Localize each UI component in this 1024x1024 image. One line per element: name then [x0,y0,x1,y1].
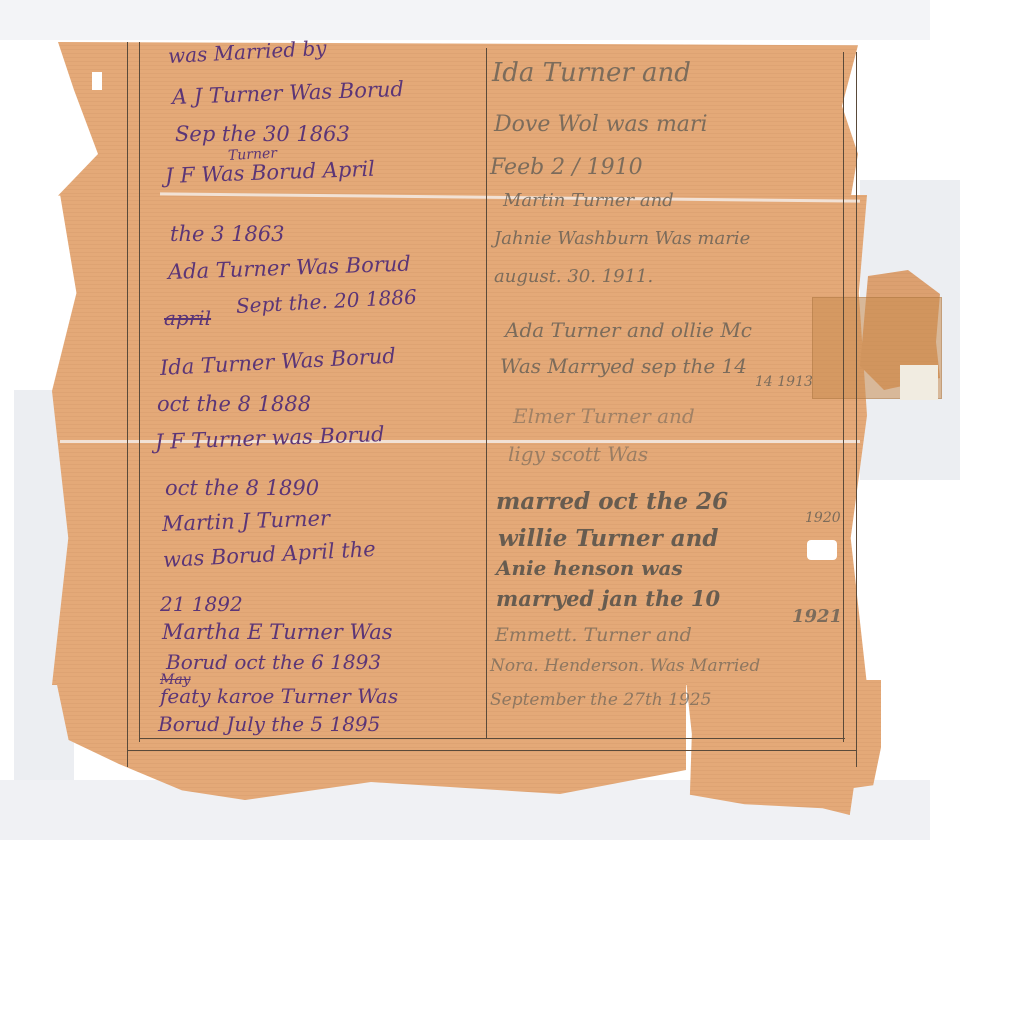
entry-line: Nora. Henderson. Was Married [490,656,760,676]
entry-line: September the 27th 1925 [490,690,711,710]
entry-line: Sep the 30 1863 [175,122,350,146]
entry-line: Elmer Turner and [513,404,695,428]
entry-line-struck: april [164,306,211,330]
entry-line: Jahnie Washburn Was marie [494,228,750,249]
entry-line: marred oct the 26 [496,488,728,515]
entry-line: Feeb 2 / 1910 [490,155,643,180]
entry-line: featy karoe Turner Was [160,684,398,708]
paper-fragment-bottom-right [686,680,881,815]
entry-line-date: 1921 [792,606,842,627]
entry-line: marryed jan the 10 [496,586,720,611]
entry-line-date: 14 1913 [755,374,813,390]
bottom-rule-outer [127,750,857,751]
bottom-rule-inner [139,738,845,739]
entry-line: Emmett. Turner and [495,624,692,646]
entry-line: Borud July the 5 1895 [158,712,380,736]
entry-line: Anie henson was [496,556,683,580]
entry-line: oct the 8 1890 [165,476,319,500]
paper-hole-left [92,72,102,90]
entry-line: Martin Turner and [503,190,674,211]
entry-line: Ida Turner and [492,58,691,88]
entry-line: Borud oct the 6 1893 [166,650,381,674]
margin-rule-outer-right [856,52,857,767]
scan-background-top [0,0,930,40]
entry-line: Ada Turner and ollie Mc [505,318,752,342]
entry-line: Dove Wol was mari [494,112,707,137]
entry-line: oct the 8 1888 [157,392,311,416]
paper-hole [807,540,837,560]
entry-line: Was Marryed sep the 14 [500,354,747,378]
clear-tape-piece [900,365,938,400]
margin-rule-outer-left [127,42,128,767]
entry-line: ligy scott Was [508,442,648,466]
entry-line: Martha E Turner Was [162,620,393,644]
entry-line: 21 1892 [160,592,243,616]
margin-rule-inner-left [139,42,140,742]
column-divider [486,48,487,738]
entry-line-date: 1920 [805,510,841,526]
margin-rule-inner-right [843,52,844,742]
entry-line: the 3 1863 [170,222,285,246]
entry-line: willie Turner and [498,525,718,552]
entry-line: august. 30. 1911. [494,266,653,287]
